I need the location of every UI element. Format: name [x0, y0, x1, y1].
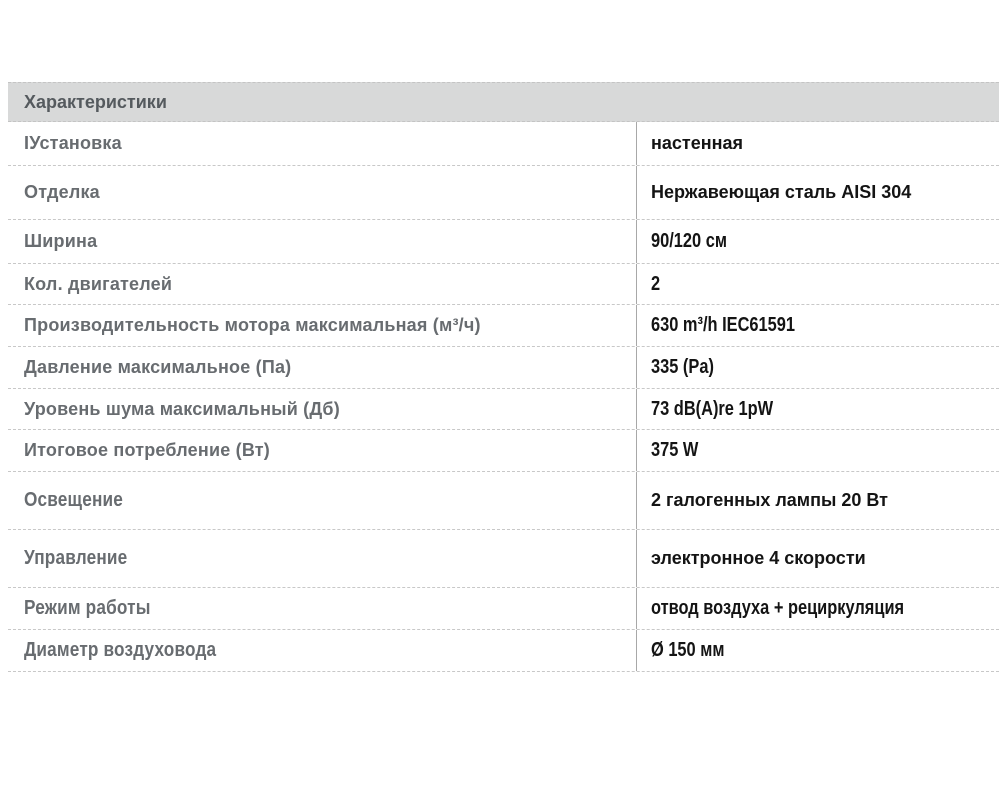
- spec-label-text: Освещение: [24, 489, 123, 512]
- spec-label-text: Режим работы: [24, 597, 151, 620]
- spec-value: настенная: [636, 122, 999, 165]
- spec-label: Диаметр воздуховода: [8, 630, 636, 671]
- spec-label: Отделка: [8, 166, 636, 219]
- spec-value-text: настенная: [651, 133, 743, 154]
- spec-value: 2 галогенных лампы 20 Вт: [636, 472, 999, 529]
- table-row: Ширина90/120 см: [8, 220, 999, 264]
- spec-label-text: Итоговое потребление (Вт): [24, 440, 270, 461]
- table-row: Давление максимальное (Па)335 (Pa): [8, 347, 999, 389]
- spec-value: 630 m³/h IEC61591: [636, 305, 999, 346]
- spec-label: Ширина: [8, 220, 636, 263]
- spec-value-text: 375 W: [651, 439, 698, 462]
- spec-label: Режим работы: [8, 588, 636, 629]
- spec-label: Уровень шума максимальный (Дб): [8, 389, 636, 429]
- spec-label-text: Ширина: [24, 231, 97, 252]
- spec-label-text: Кол. двигателей: [24, 274, 172, 295]
- spec-value-text: отвод воздуха + рециркуляция: [651, 597, 904, 620]
- spec-value-text: 2: [651, 273, 660, 296]
- table-row: Кол. двигателей2: [8, 264, 999, 305]
- table-row: Производительность мотора максимальная (…: [8, 305, 999, 347]
- table-row: Освещение2 галогенных лампы 20 Вт: [8, 472, 999, 530]
- spec-value-text: Ø 150 мм: [651, 639, 725, 662]
- spec-label-text: Производительность мотора максимальная (…: [24, 315, 481, 336]
- spec-label: Давление максимальное (Па): [8, 347, 636, 388]
- table-row: Уровень шума максимальный (Дб)73 dB(A)re…: [8, 389, 999, 430]
- spec-label-text: IУстановка: [24, 133, 122, 154]
- spec-label: Управление: [8, 530, 636, 587]
- table-row: Диаметр воздуховодаØ 150 мм: [8, 630, 999, 672]
- spec-label-text: Отделка: [24, 182, 100, 203]
- spec-value: 2: [636, 264, 999, 304]
- spec-value-text: 90/120 см: [651, 230, 727, 253]
- table-title: Характеристики: [8, 92, 167, 113]
- spec-label: Производительность мотора максимальная (…: [8, 305, 636, 346]
- spec-label: Кол. двигателей: [8, 264, 636, 304]
- table-row: IУстановканастенная: [8, 122, 999, 166]
- spec-value-text: 73 dB(A)re 1pW: [651, 398, 773, 421]
- spec-label: IУстановка: [8, 122, 636, 165]
- specifications-table: Характеристики IУстановканастеннаяОтделк…: [8, 82, 999, 672]
- table-row: Управлениеэлектронное 4 скорости: [8, 530, 999, 588]
- spec-value-text: Нержавеющая сталь AISI 304: [651, 182, 911, 203]
- table-row: ОтделкаНержавеющая сталь AISI 304: [8, 166, 999, 220]
- spec-value-text: электронное 4 скорости: [651, 548, 866, 569]
- spec-label: Итоговое потребление (Вт): [8, 430, 636, 471]
- spec-value: Ø 150 мм: [636, 630, 999, 671]
- spec-label-text: Диаметр воздуховода: [24, 639, 216, 662]
- spec-label-text: Давление максимальное (Па): [24, 357, 291, 378]
- spec-value: электронное 4 скорости: [636, 530, 999, 587]
- table-row: Режим работыотвод воздуха + рециркуляция: [8, 588, 999, 630]
- spec-label-text: Управление: [24, 547, 127, 570]
- spec-value: 335 (Pa): [636, 347, 999, 388]
- spec-value: 73 dB(A)re 1pW: [636, 389, 999, 429]
- spec-label-text: Уровень шума максимальный (Дб): [24, 399, 340, 420]
- spec-value: отвод воздуха + рециркуляция: [636, 588, 999, 629]
- spec-value-text: 2 галогенных лампы 20 Вт: [651, 490, 888, 511]
- spec-value-text: 335 (Pa): [651, 356, 714, 379]
- table-row: Итоговое потребление (Вт)375 W: [8, 430, 999, 472]
- spec-value: Нержавеющая сталь AISI 304: [636, 166, 999, 219]
- spec-label: Освещение: [8, 472, 636, 529]
- table-body: IУстановканастеннаяОтделкаНержавеющая ст…: [8, 122, 999, 672]
- spec-value: 375 W: [636, 430, 999, 471]
- table-header: Характеристики: [8, 82, 999, 122]
- spec-value: 90/120 см: [636, 220, 999, 263]
- spec-value-text: 630 m³/h IEC61591: [651, 314, 795, 337]
